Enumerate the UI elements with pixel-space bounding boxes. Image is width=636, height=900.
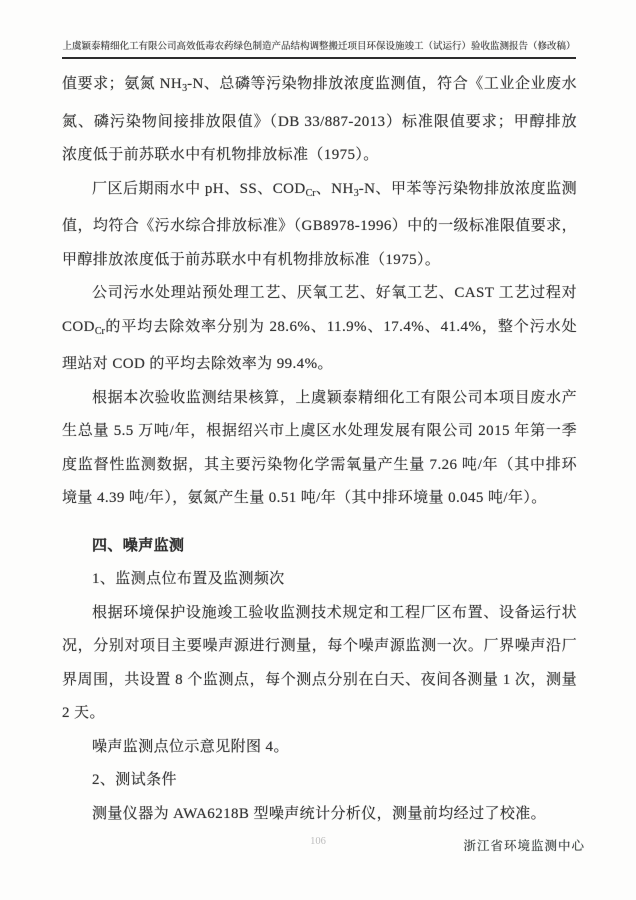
page-header-title: 上虞颖泰精细化工有限公司高效低毒农药绿色制造产品结构调整搬迁项目环保设施竣工（试… (62, 38, 576, 59)
footer-organization: 浙江省环境监测中心 (463, 836, 585, 854)
document-page: 上虞颖泰精细化工有限公司高效低毒农药绿色制造产品结构调整搬迁项目环保设施竣工（试… (0, 0, 636, 900)
para-cod-removal-efficiency: 公司污水处理站预处理工艺、厌氧工艺、好氧工艺、CAST 工艺过程对CODCr的平… (62, 277, 577, 382)
para-rainwater-monitoring: 厂区后期雨水中 pH、SS、CODCr、NH3-N、甲苯等污染物排放浓度监测值，… (62, 173, 577, 278)
subheading-test-conditions: 2、测试条件 (62, 764, 577, 798)
document-body: 值要求；氨氮 NH3-N、总磷等污染物排放浓度监测值，符合《工业企业废水氮、磷污… (62, 68, 577, 831)
subheading-monitoring-points: 1、监测点位布置及监测频次 (62, 563, 577, 597)
para-noise-points-figure-ref: 噪声监测点位示意见附图 4。 (62, 731, 577, 765)
para-noise-instrument: 测量仪器为 AWA6218B 型噪声统计分析仪，测量前均经过了校准。 (62, 798, 577, 832)
para-wastewater-limits-continuation: 值要求；氨氮 NH3-N、总磷等污染物排放浓度监测值，符合《工业企业废水氮、磷污… (62, 68, 577, 173)
para-pollutant-output-accounting: 根据本次验收监测结果核算，上虞颖泰精细化工有限公司本项目废水产生总量 5.5 万… (62, 382, 577, 516)
section-heading-noise-monitoring: 四、噪声监测 (62, 530, 577, 564)
para-noise-monitoring-plan: 根据环境保护设施竣工验收监测技术规定和工程厂区布置、设备运行状况，分别对项目主要… (62, 597, 577, 731)
